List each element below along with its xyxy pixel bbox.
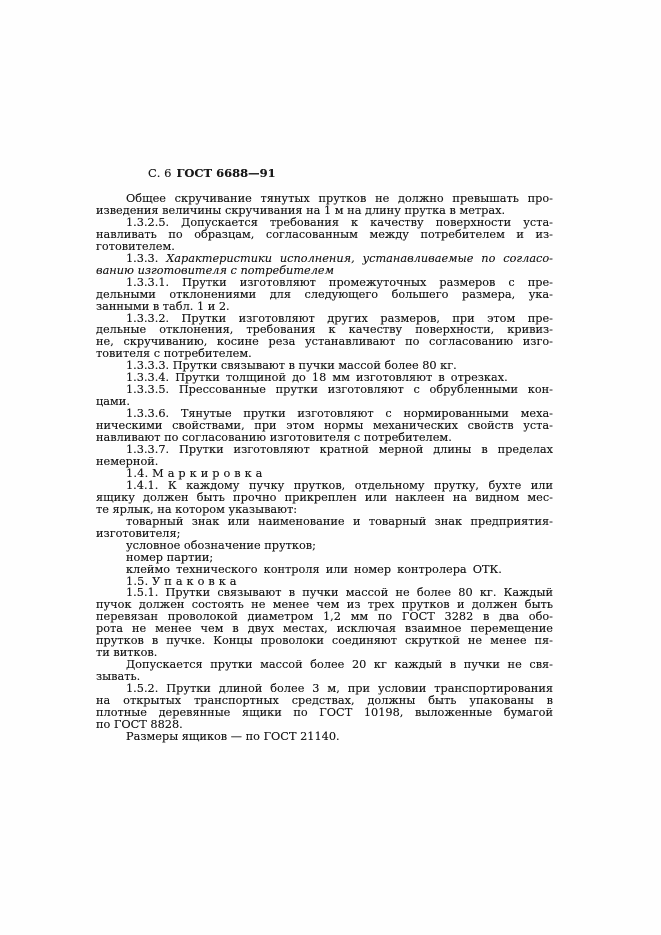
text-line: 1.3.3.7. Прутки изготовляют кратной мерн… [96, 444, 553, 456]
text-line: те ярлык, на котором указывают: [96, 504, 553, 516]
page-header: С. 6ГОСТ 6688—91 [148, 166, 276, 180]
text-line: ванию изготовителя с потребителем [96, 265, 553, 277]
paragraph: 1.5.2. Прутки длиной более 3 м, при усло… [96, 683, 553, 731]
paragraph: 1.4.1. К каждому пучку прутков, отдельно… [96, 480, 553, 516]
paragraph: 1.3.3.5. Прессованные прутки изготовляют… [96, 384, 553, 408]
paragraph: 1.3.3.1. Прутки изготовляют промежуточны… [96, 277, 553, 313]
paragraph: Допускается прутки массой более 20 кг ка… [96, 659, 553, 683]
text-line: номер партии; [96, 552, 553, 564]
text-line: товарный знак или наименование и товарны… [96, 516, 553, 528]
paragraph: 1.3.3.6. Тянутые прутки изготовляют с но… [96, 408, 553, 444]
text-line: занными в табл. 1 и 2. [96, 301, 553, 313]
document-page: С. 6ГОСТ 6688—91 Общее скручивание тянут… [0, 0, 661, 935]
text-line: изготовителя; [96, 528, 553, 540]
text-line: условное обозначение прутков; [96, 540, 553, 552]
paragraph: 1.3.3.2. Прутки изготовляют других разме… [96, 313, 553, 361]
text-line: клеймо технического контроля или номер к… [96, 564, 553, 576]
section-number: 1.3.3. [126, 252, 158, 265]
paragraph: 1.3.2.5. Допускается требования к качест… [96, 217, 553, 253]
text-line: 1.3.3.5. Прессованные прутки изготовляют… [96, 384, 553, 396]
text-line: Допускается прутки массой более 20 кг ка… [96, 659, 553, 671]
text-line: 1.3.3. Характеристики исполнения, устана… [96, 253, 553, 265]
section-title-italic: Характеристики исполнения, устанавливаем… [158, 252, 553, 265]
document-body: Общее скручивание тянутых прутков не дол… [96, 193, 553, 743]
paragraph: 1.3.3.7. Прутки изготовляют кратной мерн… [96, 444, 553, 468]
paragraph: 1.3.3. Характеристики исполнения, устана… [96, 253, 553, 277]
standard-number: ГОСТ 6688—91 [176, 166, 275, 180]
paragraph: номер партии; [96, 552, 553, 564]
paragraph: 1.5.1. Прутки связывают в пучки массой н… [96, 587, 553, 659]
text-line: 1.3.3.1. Прутки изготовляют промежуточны… [96, 277, 553, 289]
text-line: прутков в пучке. Концы проволоки соединя… [96, 635, 553, 647]
text-line: Размеры ящиков — по ГОСТ 21140. [96, 731, 553, 743]
text-line: ящику должен быть прочно прикреплен или … [96, 492, 553, 504]
paragraph: Общее скручивание тянутых прутков не дол… [96, 193, 553, 217]
paragraph: условное обозначение прутков; [96, 540, 553, 552]
paragraph: товарный знак или наименование и товарны… [96, 516, 553, 540]
paragraph: Размеры ящиков — по ГОСТ 21140. [96, 731, 553, 743]
page-number: С. 6 [148, 166, 171, 180]
paragraph: клеймо технического контроля или номер к… [96, 564, 553, 576]
text-line: дельными отклонениями для следующего бол… [96, 289, 553, 301]
